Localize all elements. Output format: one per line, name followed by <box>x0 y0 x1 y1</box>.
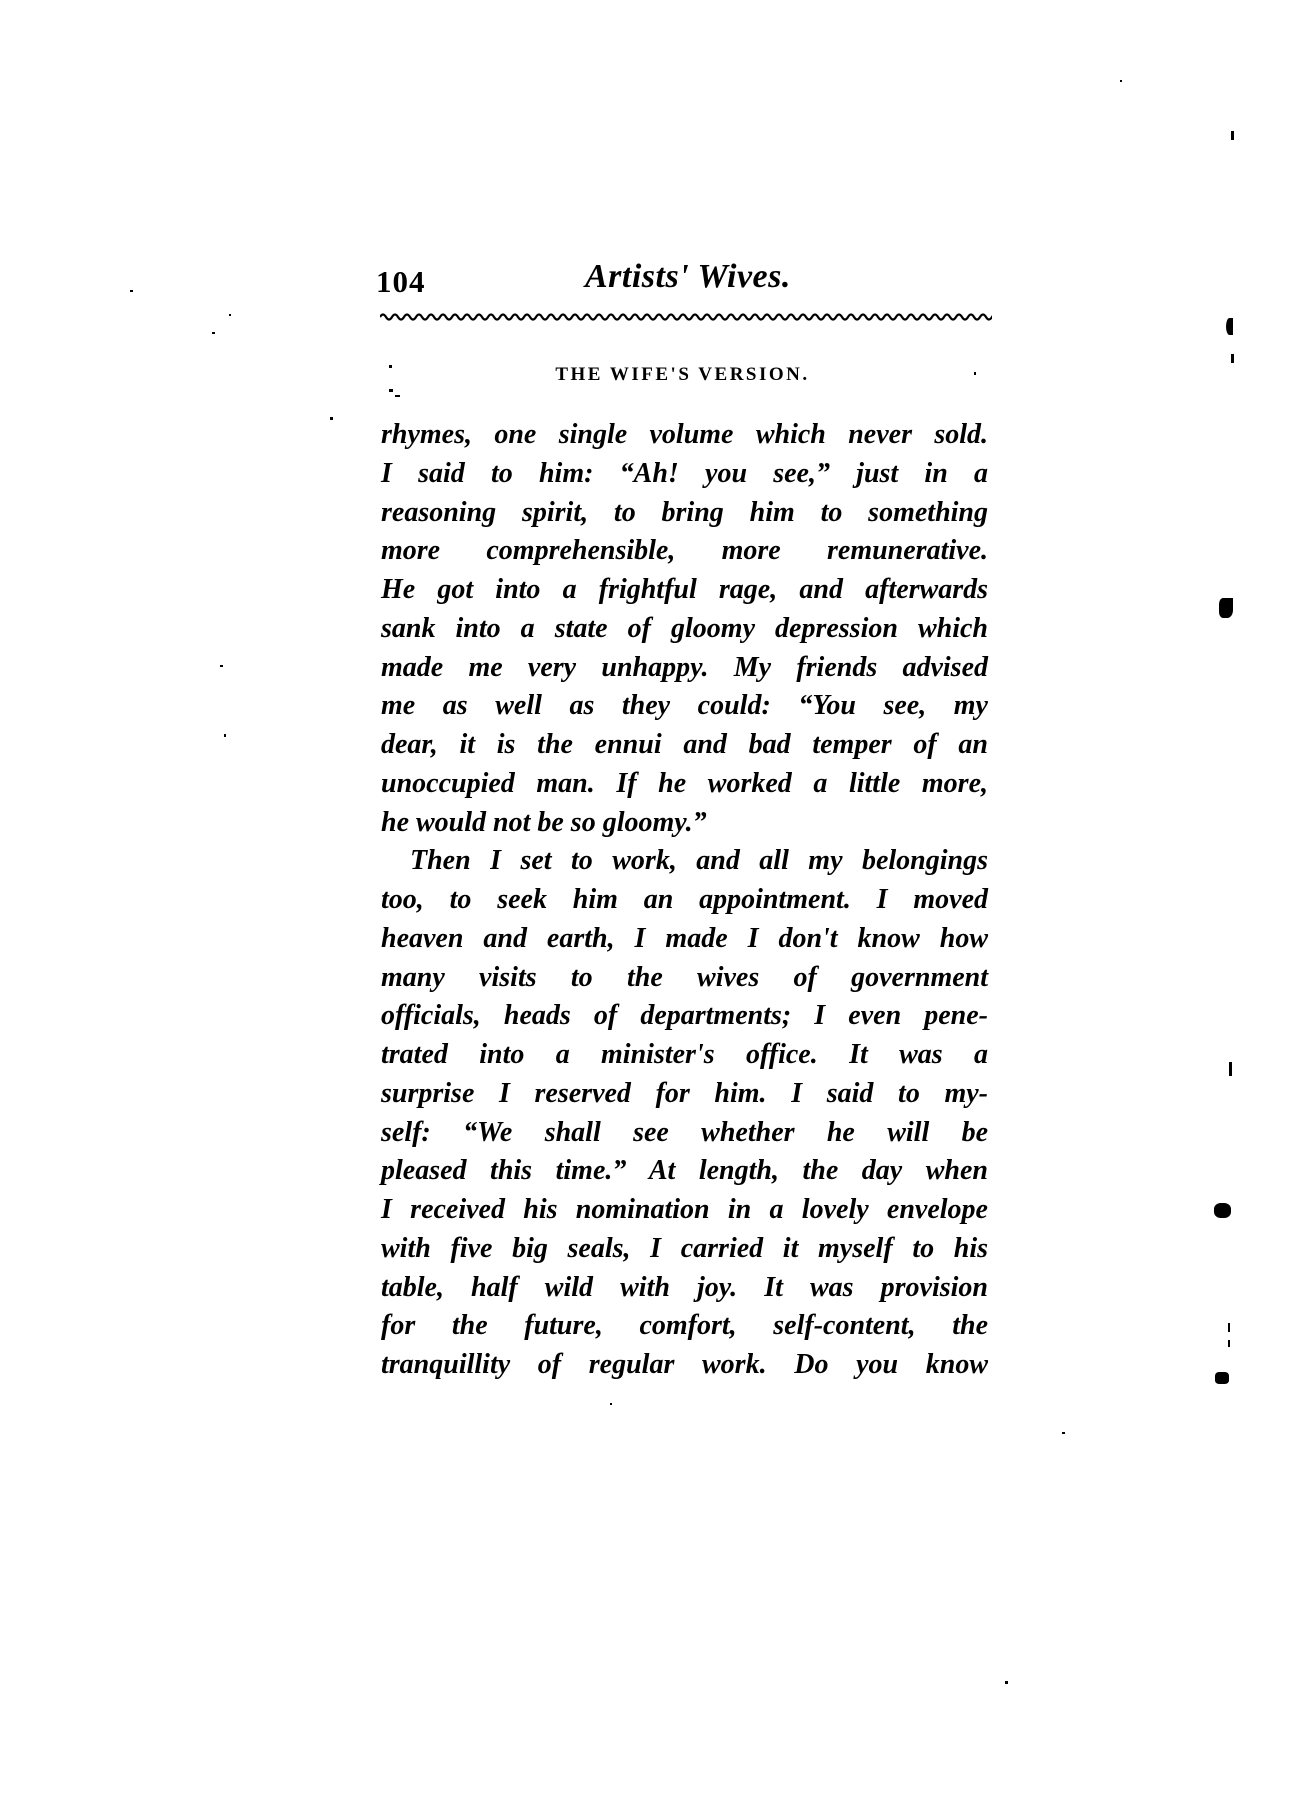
text-line: rhymes, one single volume which never so… <box>381 416 988 455</box>
scan-speck <box>395 395 400 397</box>
scan-speck <box>220 665 223 667</box>
paragraph-start-line: Then I set to work, and all my belonging… <box>381 842 988 881</box>
section-heading: THE WIFE'S VERSION. <box>380 364 985 386</box>
text-line: me as well as they could: “You see, my <box>381 687 988 726</box>
scan-speck <box>1062 1432 1065 1434</box>
text-line: officials, heads of departments; I even … <box>381 997 988 1036</box>
text-line: more comprehensible, more remunerative. <box>381 532 988 571</box>
text-line: he would not be so gloomy.” <box>381 804 988 843</box>
text-line: heaven and earth, I made I don't know ho… <box>381 920 988 959</box>
running-title: Artists' Wives. <box>585 258 791 296</box>
scan-speck <box>1226 318 1233 335</box>
text-line: I received his nomination in a lovely en… <box>381 1191 988 1230</box>
scan-speck <box>330 417 333 420</box>
text-line: reasoning spirit, to bring him to someth… <box>381 494 988 533</box>
text-line: dear, it is the ennui and bad temper of … <box>381 726 988 765</box>
scan-speck <box>974 372 976 375</box>
scan-speck <box>1005 1681 1008 1684</box>
text-line: unoccupied man. If he worked a little mo… <box>381 765 988 804</box>
scan-speck <box>610 1403 612 1405</box>
text-line: for the future, comfort, self-content, t… <box>381 1307 988 1346</box>
text-line: with five big seals, I carried it myself… <box>381 1230 988 1269</box>
text-line: He got into a frightful rage, and afterw… <box>381 571 988 610</box>
scan-speck <box>1120 80 1122 82</box>
page-number: 104 <box>376 264 426 300</box>
book-page: 104 Artists' Wives. THE WIFE'S VERSION. … <box>0 0 1313 1813</box>
text-line: pleased this time.” At length, the day w… <box>381 1152 988 1191</box>
text-line: too, to seek him an appointment. I moved <box>381 881 988 920</box>
text-line: many visits to the wives of government <box>381 959 988 998</box>
wavy-rule-divider <box>380 311 992 323</box>
scan-speck <box>1215 1372 1229 1384</box>
text-line: trated into a minister's office. It was … <box>381 1036 988 1075</box>
scan-speck <box>224 734 226 737</box>
scan-speck <box>1219 598 1233 618</box>
scan-speck <box>1214 1203 1231 1218</box>
text-line: I said to him: “Ah! you see,” just in a <box>381 455 988 494</box>
text-line: self: “We shall see whether he will be <box>381 1114 988 1153</box>
scan-speck <box>1228 1323 1230 1332</box>
scan-speck <box>130 290 133 292</box>
scan-speck <box>1229 1062 1232 1076</box>
text-line: surprise I reserved for him. I said to m… <box>381 1075 988 1114</box>
scan-speck <box>229 314 231 316</box>
scan-speck <box>389 389 393 392</box>
text-line: tranquillity of regular work. Do you kno… <box>381 1346 988 1385</box>
text-line: table, half wild with joy. It was provis… <box>381 1269 988 1308</box>
scan-speck <box>212 332 215 334</box>
scan-speck <box>1228 1340 1230 1347</box>
scan-speck <box>1231 354 1234 363</box>
body-text: rhymes, one single volume which never so… <box>381 416 988 1385</box>
text-line: made me very unhappy. My friends advised <box>381 649 988 688</box>
scan-speck <box>389 365 392 368</box>
text-line: sank into a state of gloomy depression w… <box>381 610 988 649</box>
scan-speck <box>1231 131 1234 140</box>
